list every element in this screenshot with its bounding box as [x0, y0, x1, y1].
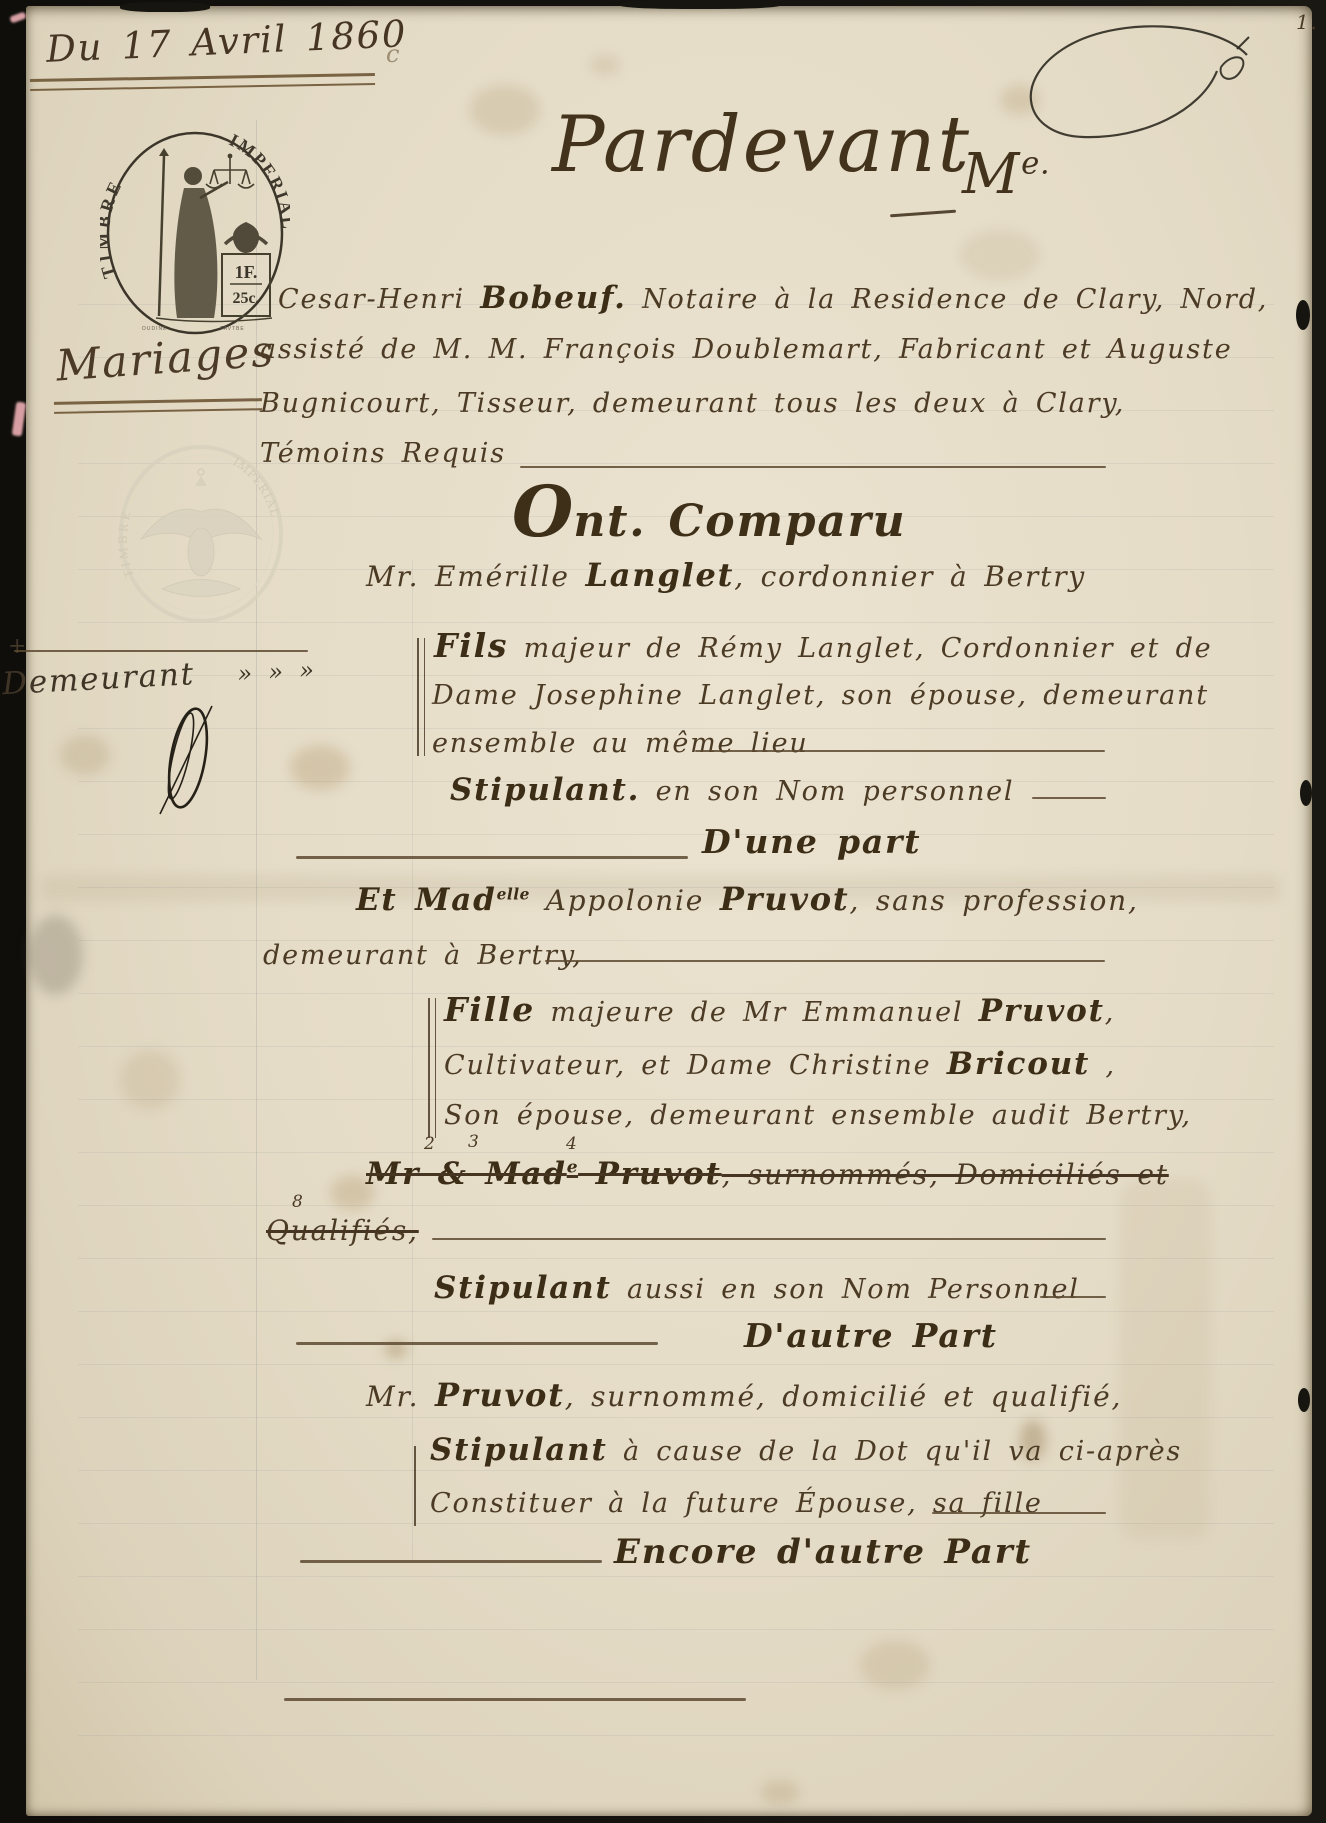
- groom-filiation-line-3: ensemble au même lieu: [432, 728, 809, 759]
- groom-surname: Langlet: [585, 556, 734, 594]
- embossed-imperial-seal: TIMBRE IMPERIAL: [116, 444, 286, 626]
- filler-rule-1: [520, 466, 1106, 468]
- renvoi-mark: 4: [566, 1134, 577, 1154]
- margin-note-ditto-marks: » » »: [237, 656, 317, 688]
- bride-mother-surname: Bricout: [947, 1046, 1090, 1082]
- groom-filiation-line-1: Fils majeur de Rémy Langlet, Cordonnier …: [434, 626, 1212, 665]
- bride-father-surname: Pruvot: [979, 993, 1105, 1029]
- bride-filiation-line-2: Cultivateur, et Dame Christine Bricout ,: [444, 1046, 1116, 1082]
- father-stipulation-line-2: Constituer à la future Épouse, sa fille: [430, 1488, 1043, 1519]
- bracket-line-groom: [417, 638, 425, 756]
- stipulant-label: Stipulant: [430, 1432, 608, 1468]
- opening-line-1: Cesar-Henri Bobeuf. Notaire à la Residen…: [278, 280, 1268, 316]
- filler-rule-5: [432, 1238, 1106, 1240]
- honorific-superscript: e.: [1021, 145, 1050, 181]
- bride-surname: Pruvot: [720, 880, 850, 918]
- document-title: Pardevant: [552, 100, 971, 190]
- binding-thread: [12, 401, 27, 436]
- title-word: Pardevant: [552, 100, 971, 190]
- svg-text:TIMBRE: TIMBRE: [116, 507, 137, 580]
- groom-stipulation: Stipulant. en son Nom personnel: [450, 772, 1014, 808]
- stamp-text-imperial: IMPERIAL: [226, 130, 290, 232]
- fils-label: Fils: [434, 626, 508, 665]
- opening-line-2: assisté de M. M. François Doublemart, Fa…: [260, 334, 1233, 365]
- seal-text-timbre: TIMBRE: [116, 507, 137, 580]
- father-surname: Pruvot: [435, 1376, 565, 1414]
- bride-part-designation: D'autre Part: [744, 1316, 998, 1355]
- filler-rule-2: [695, 750, 1105, 752]
- stipulant-label: Stipulant: [434, 1270, 612, 1306]
- filler-dash-2: [1040, 1296, 1106, 1298]
- filler-rule-8: [300, 1560, 602, 1563]
- groom-part-designation: D'une part: [702, 822, 921, 861]
- title-honorific: Me.: [962, 142, 1050, 207]
- father-stipulation-line-1: Stipulant à cause de la Dot qu'il va ci-…: [430, 1432, 1182, 1468]
- svg-text:TIMBRE: TIMBRE: [100, 175, 127, 281]
- honorific-m: M: [962, 142, 1021, 207]
- bride-intro-line-1: Et Madelle Appolonie Pruvot, sans profes…: [356, 880, 1139, 918]
- margin-paraph-flourish: [148, 700, 230, 818]
- stamp-value-1f: 1F.: [235, 262, 258, 282]
- svg-text:IMPERIAL: IMPERIAL: [226, 130, 290, 232]
- renvoi-mark: 3: [468, 1132, 479, 1152]
- filler-rule-7: [932, 1512, 1106, 1514]
- comparu-heading: Ont. Comparu: [512, 470, 906, 553]
- stipulant-label: Stipulant.: [450, 772, 640, 808]
- opening-line-4: Témoins Requis: [260, 438, 506, 469]
- bracket-line-father: [414, 1446, 416, 1526]
- binding-thread: [9, 11, 26, 23]
- struck-line-1: Mr & Made Pruvot, surnommés, Domiciliés …: [366, 1156, 1169, 1192]
- filler-rule-4: [545, 960, 1105, 962]
- fille-label: Fille: [444, 990, 535, 1029]
- renvoi-mark: 2: [424, 1134, 435, 1154]
- bride-filiation-line-1: Fille majeure de Mr Emmanuel Pruvot,: [444, 990, 1115, 1029]
- scanned-document-page: { "page": { "date": "Du 17 Avril 1860", …: [0, 0, 1326, 1823]
- father-intro: Mr. Pruvot, surnommé, domicilié et quali…: [366, 1376, 1122, 1414]
- imperial-revenue-stamp: TIMBRE IMPERIAL 1F. 25c. OUDINE TAVTBE: [100, 126, 290, 341]
- notary-name: Bobeuf.: [480, 280, 626, 316]
- groom-intro: Mr. Emérille Langlet, cordonnier à Bertr…: [366, 556, 1086, 594]
- margin-note-cross: +: [8, 634, 28, 659]
- stamp-engraver-left: OUDINE: [142, 326, 167, 332]
- renvoi-mark: 8: [292, 1192, 303, 1212]
- stamp-text-timbre: TIMBRE: [100, 175, 127, 281]
- bride-filiation-line-3: Son épouse, demeurant ensemble audit Ber…: [444, 1100, 1192, 1131]
- bride-stipulation: Stipulant aussi en son Nom Personnel: [434, 1270, 1080, 1306]
- closing-rule: [284, 1698, 746, 1701]
- pencil-check-mark: c: [386, 40, 401, 68]
- filler-rule-3: [296, 856, 688, 859]
- filler-rule-6: [296, 1342, 658, 1345]
- margin-note-line: [14, 650, 308, 652]
- bride-intro-line-2: demeurant à Bertry,: [263, 940, 583, 971]
- page-number: 1.: [1296, 10, 1319, 34]
- bracket-line-bride: [428, 998, 436, 1138]
- father-part-designation: Encore d'autre Part: [614, 1532, 1032, 1572]
- stamp-value-25c: 25c.: [232, 290, 259, 307]
- filler-dash-1: [1032, 797, 1106, 799]
- opening-line-3: Bugnicourt, Tisseur, demeurant tous les …: [260, 388, 1125, 419]
- struck-line-2: Qualifiés,: [266, 1214, 419, 1247]
- groom-filiation-line-2: Dame Josephine Langlet, son épouse, deme…: [432, 680, 1209, 711]
